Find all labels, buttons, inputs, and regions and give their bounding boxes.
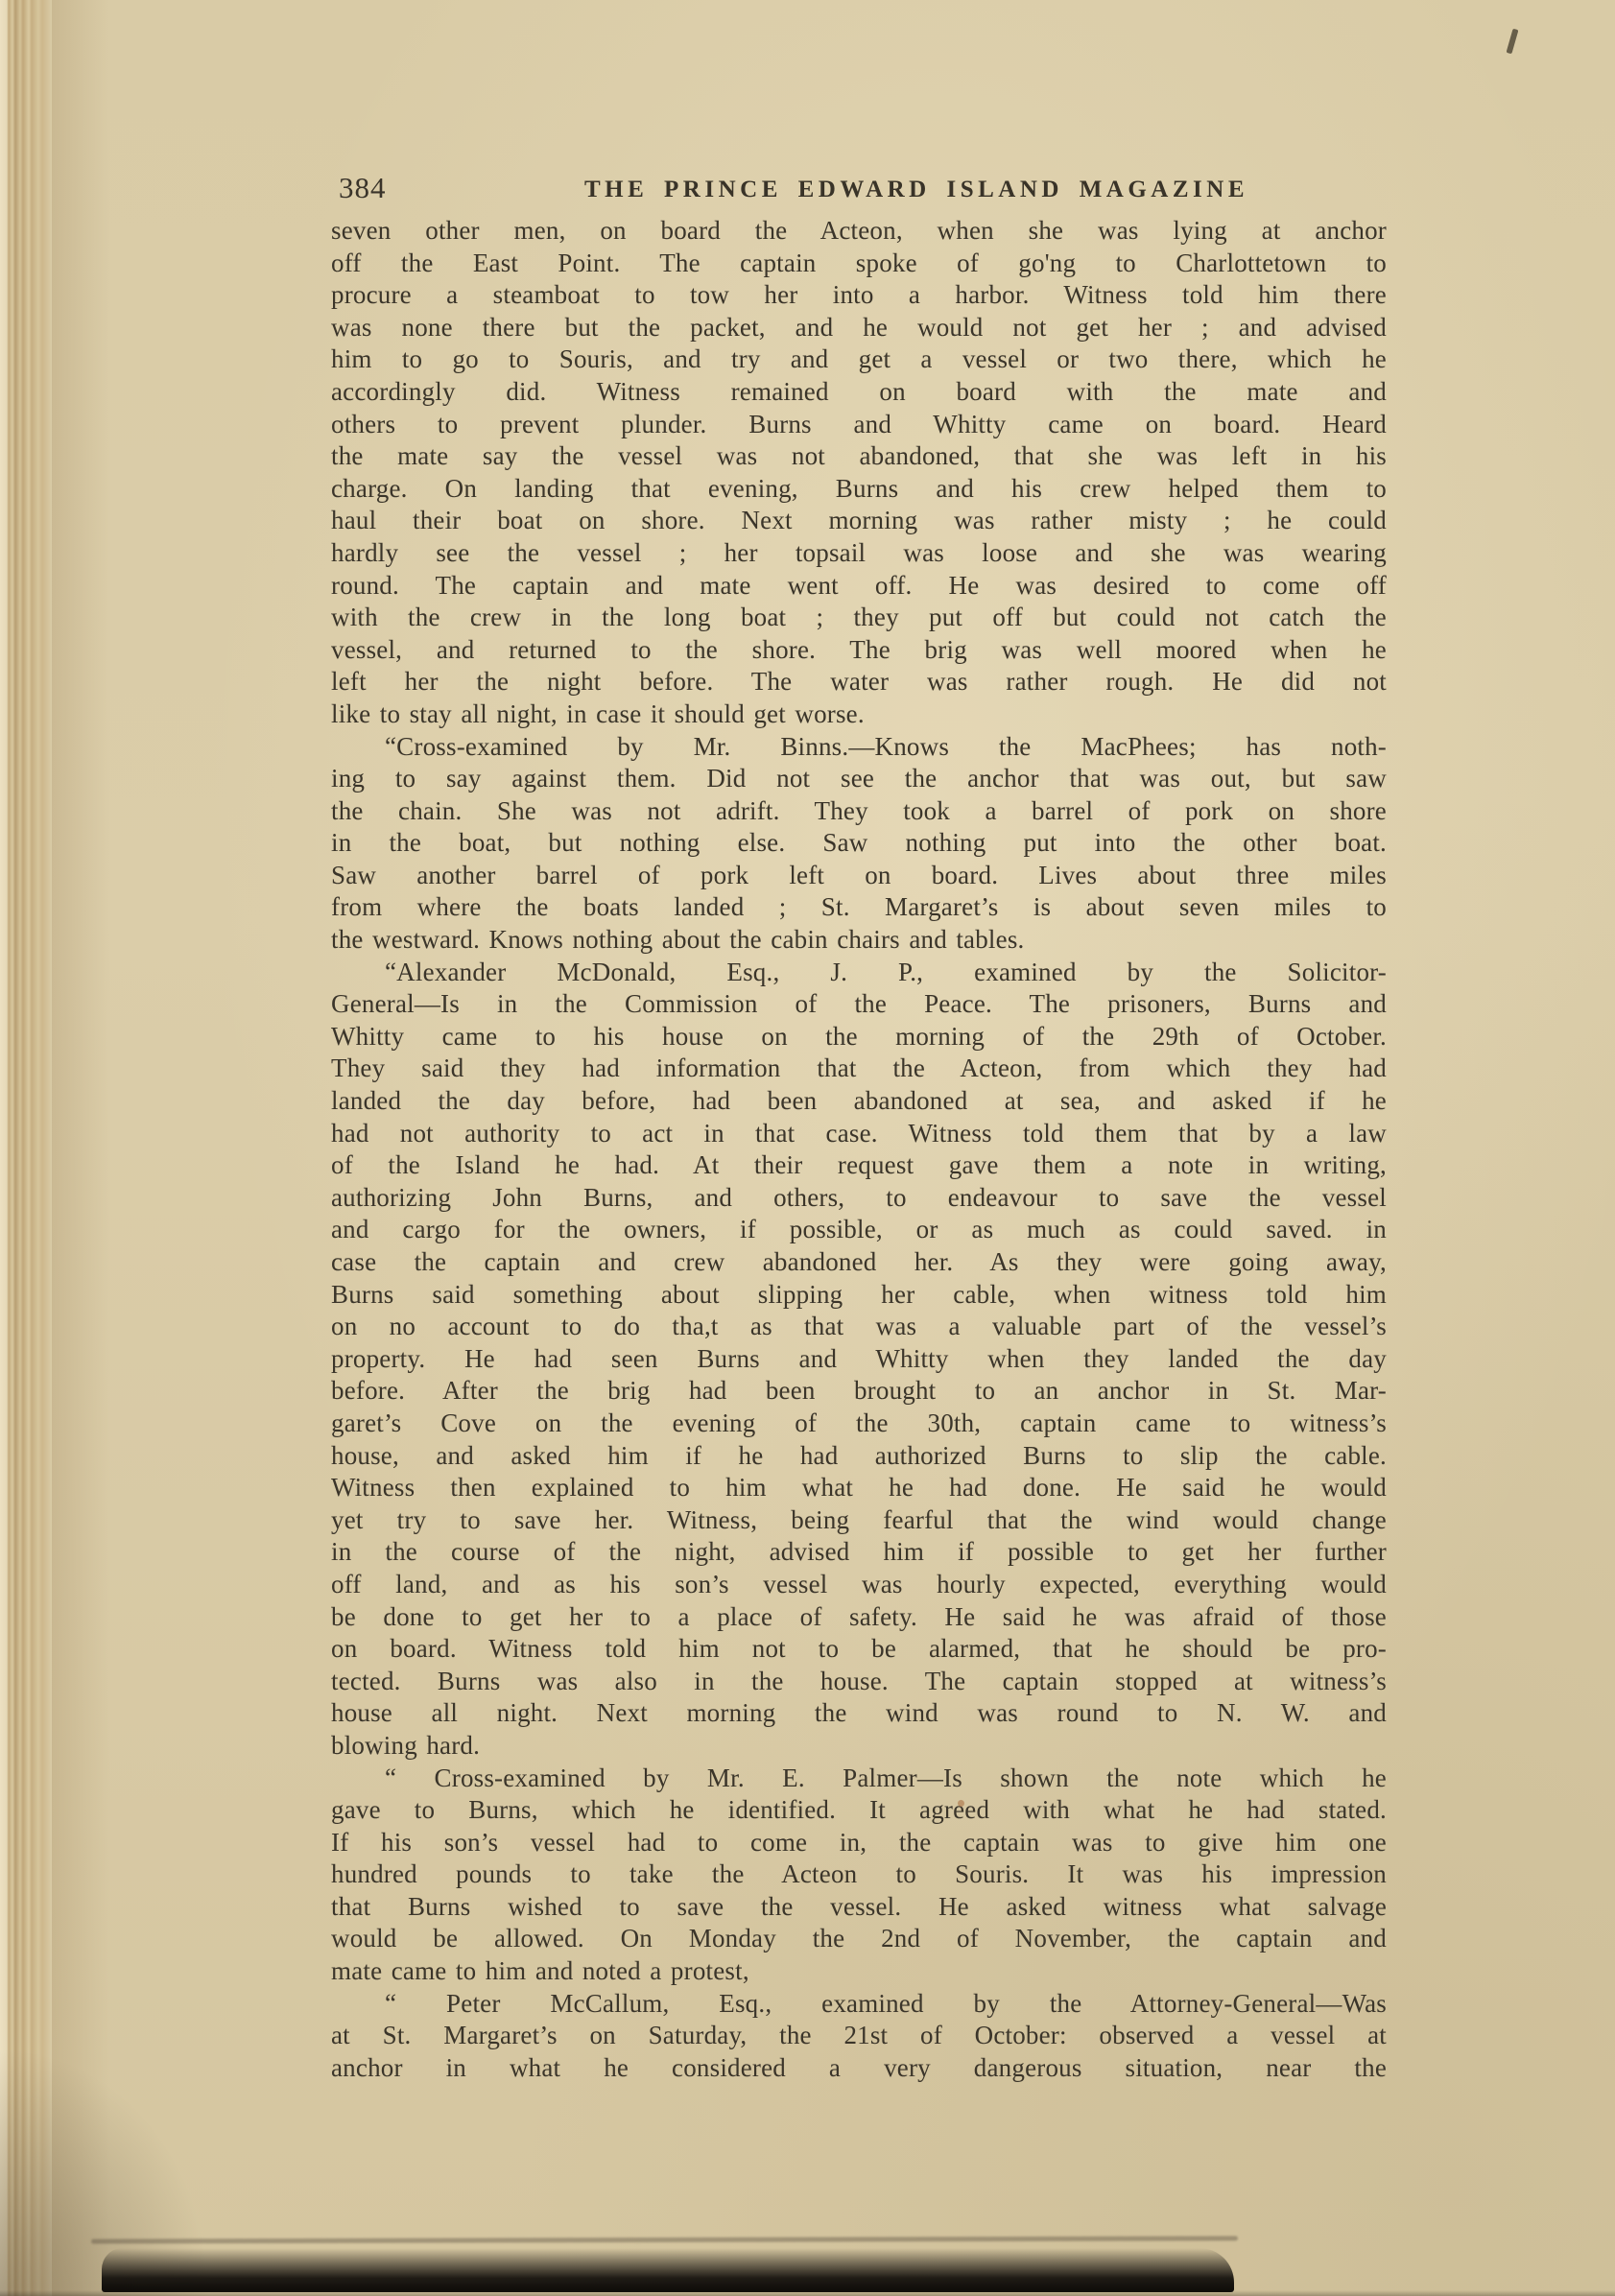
text-line: that Burns wished to save the vessel. He… [331,1891,1387,1924]
text-line: case the captain and crew abandoned her.… [331,1246,1387,1279]
body-text: seven other men, on board the Acteon, wh… [331,215,1387,2084]
text-line: the mate say the vessel was not abandone… [331,440,1387,473]
scan-artifact-mark [1507,29,1519,55]
text-line: vessel, and returned to the shore. The b… [331,634,1387,667]
paper-stain [958,1800,964,1807]
text-line: was none there but the packet, and he wo… [331,312,1387,344]
text-line: left her the night before. The water was… [331,666,1387,698]
book-spine-shadow [52,0,109,2296]
bottom-scan-shadow [102,2248,1234,2292]
text-line: If his son’s vessel had to come in, the … [331,1827,1387,1859]
text-line: on board. Witness told him not to be ala… [331,1633,1387,1666]
text-line: from where the boats landed ; St. Margar… [331,891,1387,924]
text-line: mate came to him and noted a protest, [331,1955,1387,1988]
header-title: THE PRINCE EDWARD ISLAND MAGAZINE [446,177,1387,203]
text-line: had not authority to act in that case. W… [331,1118,1387,1150]
text-line: before. After the brig had been brought … [331,1375,1387,1408]
text-line: seven other men, on board the Acteon, wh… [331,215,1387,248]
text-line: and cargo for the owners, if possible, o… [331,1214,1387,1246]
text-line: the chain. She was not adrift. They took… [331,795,1387,828]
text-line: procure a steamboat to tow her into a ha… [331,279,1387,312]
text-line: hardly see the vessel ; her topsail was … [331,537,1387,570]
text-line: house, and asked him if he had authorize… [331,1440,1387,1473]
bottom-page-edge [0,2290,1615,2296]
text-line: off the East Point. The captain spoke of… [331,248,1387,280]
text-line: others to prevent plunder. Burns and Whi… [331,409,1387,441]
text-line: off land, and as his son’s vessel was ho… [331,1569,1387,1601]
scan-smear-line [91,2236,1238,2243]
text-line: the westward. Knows nothing about the ca… [331,924,1387,957]
text-line: yet try to save her. Witness, being fear… [331,1504,1387,1537]
text-line: him to go to Souris, and try and get a v… [331,343,1387,376]
text-line: accordingly did. Witness remained on boa… [331,376,1387,409]
text-line: landed the day before, had been abandone… [331,1085,1387,1118]
text-line: haul their boat on shore. Next morning w… [331,505,1387,537]
page-background: 384 THE PRINCE EDWARD ISLAND MAGAZINE se… [0,0,1615,2296]
text-line: property. He had seen Burns and Whitty w… [331,1343,1387,1376]
text-line: house all night. Next morning the wind w… [331,1697,1387,1730]
paper-stain [614,1451,619,1456]
text-line: anchor in what he considered a very dang… [331,2052,1387,2085]
text-line: They said they had information that the … [331,1053,1387,1085]
text-line: Burns said something about slipping her … [331,1279,1387,1312]
text-line: Witness then explained to him what he ha… [331,1472,1387,1504]
text-line: tected. Burns was also in the house. The… [331,1666,1387,1698]
text-line: ing to say against them. Did not see the… [331,763,1387,795]
text-line: hundred pounds to take the Acteon to Sou… [331,1858,1387,1891]
page-number: 384 [339,171,387,205]
text-line: at St. Margaret’s on Saturday, the 21st … [331,2020,1387,2052]
text-line: be done to get her to a place of safety.… [331,1601,1387,1634]
text-line: would be allowed. On Monday the 2nd of N… [331,1923,1387,1955]
text-line: of the Island he had. At their request g… [331,1149,1387,1182]
text-line: gave to Burns, which he identified. It a… [331,1794,1387,1827]
text-line: in the course of the night, advised him … [331,1536,1387,1569]
text-line: Saw another barrel of pork left on board… [331,860,1387,892]
text-line: like to stay all night, in case it shoul… [331,698,1387,731]
text-line: “Alexander McDonald, Esq., J. P., examin… [331,957,1387,989]
text-line: in the boat, but nothing else. Saw nothi… [331,827,1387,860]
text-line: garet’s Cove on the evening of the 30th,… [331,1408,1387,1440]
text-line: “ Peter McCallum, Esq., examined by the … [331,1988,1387,2021]
text-line: “ Cross-examined by Mr. E. Palmer—Is sho… [331,1763,1387,1795]
text-line: with the crew in the long boat ; they pu… [331,602,1387,634]
text-line: charge. On landing that evening, Burns a… [331,473,1387,506]
text-line: “Cross-examined by Mr. Binns.—Knows the … [331,731,1387,764]
text-line: blowing hard. [331,1730,1387,1763]
text-line: round. The captain and mate went off. He… [331,570,1387,603]
text-line: General—Is in the Commission of the Peac… [331,988,1387,1021]
page-header: 384 THE PRINCE EDWARD ISLAND MAGAZINE [331,171,1387,209]
text-line: authorizing John Burns, and others, to e… [331,1182,1387,1215]
book-spine-edge [0,0,52,2296]
text-line: Whitty came to his house on the morning … [331,1021,1387,1053]
text-line: on no account to do tha,t as that was a … [331,1311,1387,1343]
